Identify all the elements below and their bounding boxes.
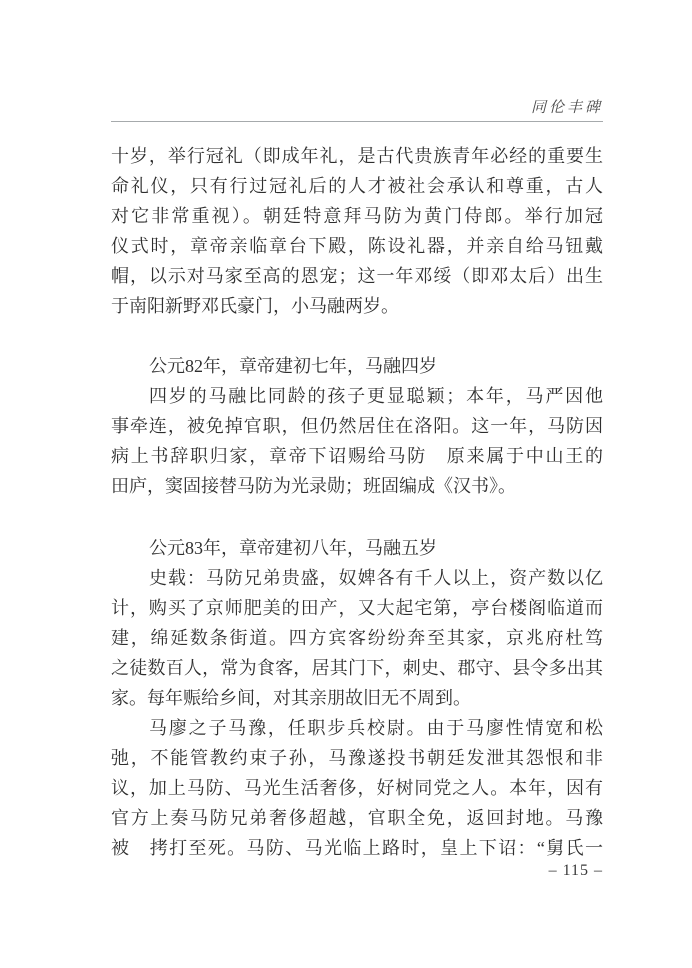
text-line: 事牵连，被免掉官职，但仍然居住在洛阳。这一年，马防因 xyxy=(111,411,603,441)
section-heading: 公元82年，章帝建初七年，马融四岁 xyxy=(111,351,603,381)
running-head-title: 同伦丰碑 xyxy=(531,100,603,116)
text-line: 官方上奏马防兄弟奢侈超越，官职全免，返回封地。马豫 xyxy=(111,803,603,833)
page-content: 十岁，举行冠礼（即成年礼，是古代贵族青年必经的重要生 命礼仪，只有行过冠礼后的人… xyxy=(111,141,603,863)
page-number: – 115 – xyxy=(111,860,603,882)
text-line: 之徒数百人，常为食客，居其门下，刺史、郡守、县令多出其 xyxy=(111,653,603,683)
book-page: 同伦丰碑 十岁，举行冠礼（即成年礼，是古代贵族青年必经的重要生 命礼仪，只有行过… xyxy=(0,0,692,968)
text-line: 史载：马防兄弟贵盛，奴婢各有千人以上，资产数以亿 xyxy=(111,563,603,593)
text-line: 家。每年赈给乡间，对其亲朋故旧无不周到。 xyxy=(111,683,603,713)
text-line: 马廖之子马豫，任职步兵校尉。由于马廖性情宽和松 xyxy=(111,713,603,743)
text-line: 计，购买了京师肥美的田产，又大起宅第，亭台楼阁临道而 xyxy=(111,593,603,623)
section-gap xyxy=(111,501,603,533)
section-heading: 公元83年，章帝建初八年，马融五岁 xyxy=(111,533,603,563)
text-line: 四岁的马融比同龄的孩子更显聪颖；本年，马严因他 xyxy=(111,381,603,411)
text-line: 帽，以示对马家至高的恩宠；这一年邓绥（即邓太后）出生 xyxy=(111,261,603,291)
running-head: 同伦丰碑 xyxy=(111,99,603,122)
text-line: 对它非常重视）。朝廷特意拜马防为黄门侍郎。举行加冠 xyxy=(111,201,603,231)
text-line: 被 拷打至死。马防、马光临上路时，皇上下诏：“舅氏一 xyxy=(111,833,603,863)
text-line: 建，绵延数条街道。四方宾客纷纷奔至其家，京兆府杜笃 xyxy=(111,623,603,653)
text-line: 田庐，窦固接替马防为光录勋；班固编成《汉书》。 xyxy=(111,471,603,501)
section-gap xyxy=(111,321,603,351)
text-line: 弛，不能管教约束子孙，马豫遂投书朝廷发泄其怨恨和非 xyxy=(111,743,603,773)
text-line: 仪式时，章帝亲临章台下殿，陈设礼器，并亲自给马钮戴 xyxy=(111,231,603,261)
text-line: 于南阳新野邓氏豪门，小马融两岁。 xyxy=(111,291,603,321)
text-line: 命礼仪，只有行过冠礼后的人才被社会承认和尊重，古人 xyxy=(111,171,603,201)
text-line: 病上书辞职归家，章帝下诏赐给马防 原来属于中山王的 xyxy=(111,441,603,471)
text-line: 十岁，举行冠礼（即成年礼，是古代贵族青年必经的重要生 xyxy=(111,141,603,171)
text-line: 议，加上马防、马光生活奢侈，好树同党之人。本年，因有 xyxy=(111,773,603,803)
